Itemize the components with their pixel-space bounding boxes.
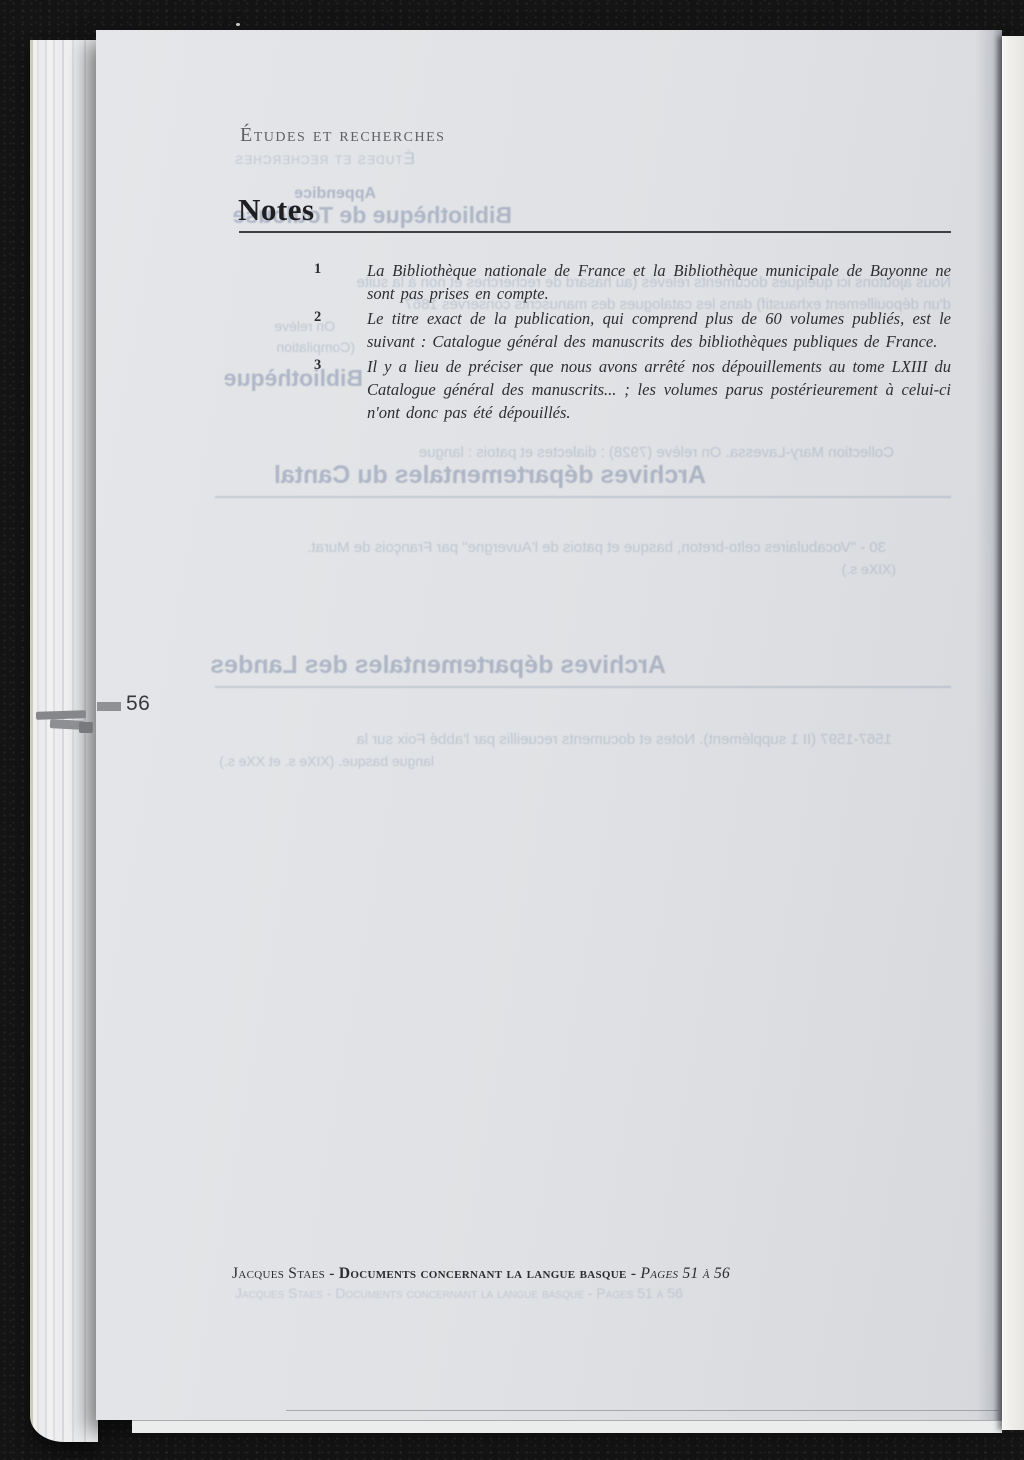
ghost-cantal-heading: Archives départementales du Cantal xyxy=(238,461,706,490)
note-text: Le titre exact de la publication, qui co… xyxy=(367,307,951,353)
dust-speck xyxy=(236,23,240,26)
page-edge-stack xyxy=(30,40,98,1442)
footer-author: Jacques Staes xyxy=(232,1265,325,1282)
note-number: 2 xyxy=(314,309,321,326)
ghost-bibliotheque-heading: Bibliothèque xyxy=(213,365,363,392)
book-page xyxy=(96,30,1002,1420)
fore-edge-mark xyxy=(79,722,93,733)
title-rule xyxy=(239,231,951,233)
section-kicker: Études et recherches xyxy=(240,124,445,147)
ghost-foix-line2: langue basque. (XIXe s. et XXe s.) xyxy=(228,753,434,769)
running-footer: Jacques Staes - Documents concernant la … xyxy=(232,1265,730,1283)
ghost-section-rule xyxy=(215,686,951,688)
footer-page-range: Pages 51 à 56 xyxy=(640,1265,730,1282)
ghost-foix-line: 1567-1597 (II 1 supplément). Notes et do… xyxy=(228,731,892,748)
note-text: La Bibliothèque nationale de France et l… xyxy=(367,259,951,305)
margin-dash xyxy=(97,702,121,711)
next-page-edge xyxy=(1002,36,1024,1430)
ghost-section-rule xyxy=(215,496,951,498)
ghost-kicker: Études et recherches xyxy=(205,149,415,169)
ghost-footer: Jacques Staes - Documents concernant la … xyxy=(235,1285,801,1301)
ghost-paragraph-line: (Compilation xyxy=(215,339,355,355)
ghost-landes-heading: Archives départementales des Landes xyxy=(238,651,666,680)
margin-page-number: 56 xyxy=(126,692,150,716)
scanned-book-page: 56 Études et recherches Appendice Biblio… xyxy=(0,0,1024,1460)
footer-separator: - xyxy=(325,1265,339,1282)
note-number: 1 xyxy=(314,261,321,278)
ghost-murat-date: (XIXe s.) xyxy=(840,561,896,577)
under-page-edge xyxy=(132,1420,1002,1433)
note-number: 3 xyxy=(314,357,321,374)
ghost-collection-line: Collection Mary-Lavessa. On relève (7928… xyxy=(288,444,894,461)
page-title: Notes xyxy=(238,192,315,228)
note-text: Il y a lieu de préciser que nous avons a… xyxy=(367,355,951,424)
ghost-murat-line: 30 - "Vocabulaires celto-breton, basque … xyxy=(268,539,886,556)
footer-separator: - xyxy=(627,1265,641,1282)
footer-work-title: Documents concernant la langue basque xyxy=(339,1265,627,1282)
